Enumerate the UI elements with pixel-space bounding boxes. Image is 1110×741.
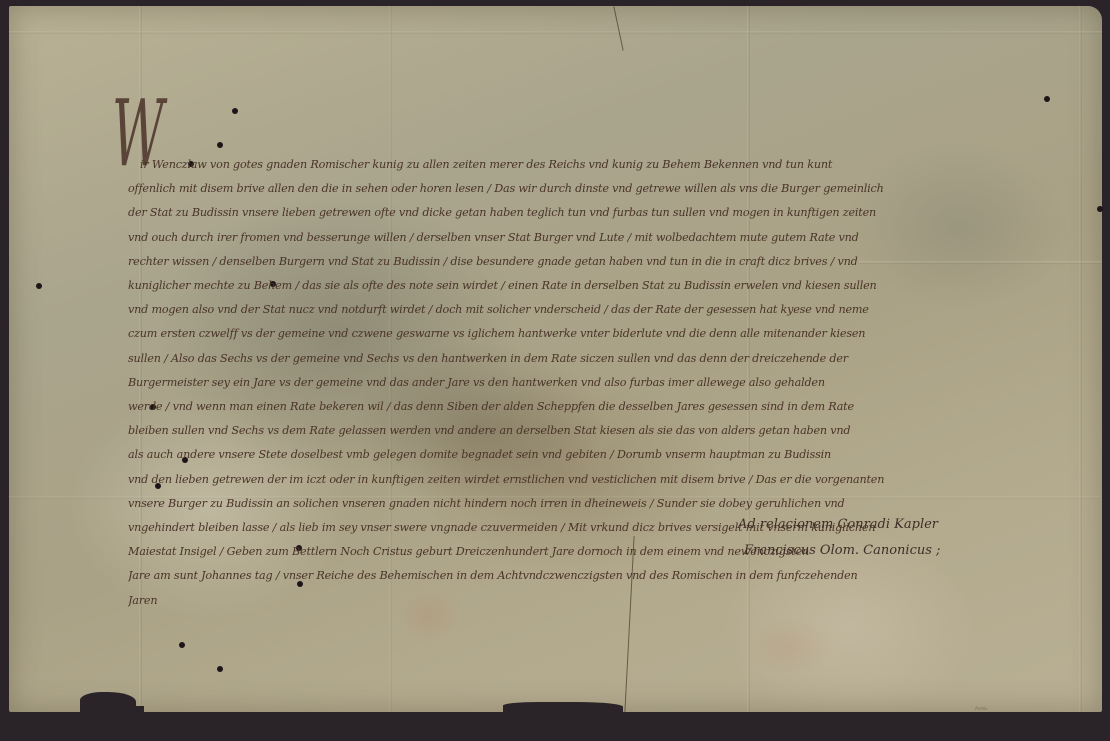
fold-line-vertical-4	[1079, 6, 1082, 712]
text-line: offenlich mit disem brive allen den die …	[128, 177, 968, 201]
hole	[232, 108, 238, 114]
chancery-endorsement: Ad relacionem Conradi Kapler Franciscus …	[738, 512, 940, 564]
archive-stamp: Archiv	[975, 706, 988, 711]
text-line: vnd ouch durch irer fromen vnd besserung…	[128, 226, 968, 250]
endorsement-line-2: Franciscus Olom. Canonicus ;	[738, 538, 940, 564]
text-line: rechter wissen / denselben Burgern vnd S…	[128, 250, 968, 274]
hole	[217, 142, 223, 148]
text-line: werde / vnd wenn man einen Rate bekeren …	[128, 395, 968, 419]
hole	[217, 666, 223, 672]
text-line: Jaren	[128, 589, 968, 613]
text-line: Burgermeister sey ein Jare vs der gemein…	[128, 371, 968, 395]
hole	[179, 642, 185, 648]
text-line: der Stat zu Budissin vnsere lieben getre…	[128, 201, 968, 225]
text-line: Jare am sunt Johannes tag / vnser Reiche…	[128, 564, 968, 588]
text-line: bleiben sullen vnd Sechs vs dem Rate gel…	[128, 419, 968, 443]
fold-line-horizontal-1	[9, 31, 1102, 34]
text-line: vnd den lieben getrewen der im iczt oder…	[128, 468, 968, 492]
crack-line-top	[613, 6, 623, 50]
text-line: vnd mogen also vnd der Stat nucz vnd not…	[128, 298, 968, 322]
hole	[1097, 206, 1103, 212]
text-line: sullen / Also das Sechs vs der gemeine v…	[128, 347, 968, 371]
hole	[36, 283, 42, 289]
hole	[1044, 96, 1050, 102]
endorsement-line-1: Ad relacionem Conradi Kapler	[738, 512, 940, 538]
text-line: czum ersten czwelff vs der gemeine vnd c…	[128, 322, 968, 346]
text-line: kuniglicher mechte zu Behem / das sie al…	[128, 274, 968, 298]
torn-edge	[9, 712, 1102, 741]
text-line: ir Wenczlaw von gotes gnaden Romischer k…	[128, 153, 968, 177]
text-line: als auch andere vnsere Stete doselbest v…	[128, 443, 968, 467]
